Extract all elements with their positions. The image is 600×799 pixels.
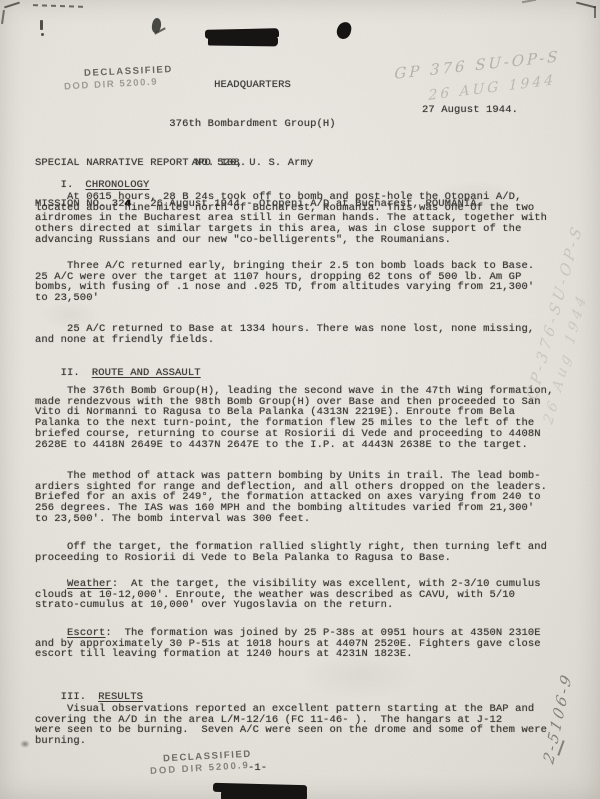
paragraph: The method of attack was pattern bombing… xyxy=(35,471,547,525)
paragraph: 25 A/C returned to Base at 1334 hours. T… xyxy=(35,324,534,345)
page-number: -1- xyxy=(248,763,267,774)
headquarters-line: HEADQUARTERS xyxy=(130,79,375,92)
paragraph-escort: Escort: The formation was joined by 25 P… xyxy=(35,628,541,660)
archive-number-annotation: 2-5106-9 xyxy=(540,598,591,767)
ink-mark-dot xyxy=(41,33,44,36)
corner-mark xyxy=(4,2,20,9)
corner-mark xyxy=(1,10,5,24)
redaction-bar-bottom xyxy=(221,791,307,799)
paragraph: At 0615 hours, 28 B 24s took off to bomb… xyxy=(35,192,547,246)
edge-mark xyxy=(522,0,536,3)
ink-speck xyxy=(20,740,30,748)
document-page: DECLASSIFIED DOD DIR 5200.9 GP 376 SU-OP… xyxy=(0,0,600,799)
redaction-bar-top xyxy=(208,36,278,47)
redaction-dot xyxy=(336,21,353,40)
paragraph-weather: Weather: At the target, the visibility w… xyxy=(35,579,541,611)
dashed-pencil-line xyxy=(33,4,85,7)
paragraph: Off the target, the formation rallied sl… xyxy=(35,542,547,563)
paragraph: Three A/C returned early, bringing their… xyxy=(35,261,534,304)
ink-mark-exclamation xyxy=(40,20,43,30)
corner-mark xyxy=(576,2,596,9)
corner-mark xyxy=(594,6,596,18)
paragraph: The 376th Bomb Group(H), leading the sec… xyxy=(35,386,553,450)
date-line: 27 August 1944. xyxy=(422,105,518,116)
paragraph: Visual observations reported an excellen… xyxy=(35,704,547,747)
